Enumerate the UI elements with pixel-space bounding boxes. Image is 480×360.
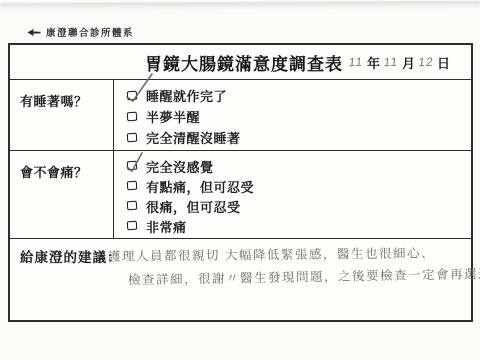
- clinic-logo-icon: [27, 28, 41, 37]
- checkbox-icon: [127, 133, 137, 143]
- form-header-row: 胃鏡大腸鏡滿意度調查表 11 年 11 月 12 日: [10, 45, 471, 80]
- clinic-brand: 康澄聯合診所體系: [27, 25, 134, 39]
- checkbox-icon: [127, 112, 137, 122]
- form-title: 胃鏡大腸鏡滿意度調查表: [145, 50, 343, 75]
- date-month-label: 月: [402, 53, 415, 72]
- scanner-edge-shadow: [0, 1, 480, 11]
- option-label: 有點痛，但可忍受: [146, 177, 254, 196]
- option-label: 非常痛: [146, 217, 187, 236]
- date-year-value: 11: [346, 55, 366, 70]
- question-row-sleep: 有睡著嗎？ 睡醒就作完了 半夢半醒 完全清醒沒睡著: [10, 80, 471, 151]
- question-label-sleep: 有睡著嗎？: [10, 80, 114, 150]
- options-pain: 完全沒感覺 有點痛，但可忍受 很痛，但可忍受 非常痛: [114, 151, 471, 238]
- checkbox-icon: [127, 221, 137, 231]
- option-row: 很痛，但可忍受: [127, 196, 471, 216]
- checkbox-checked-icon: [127, 161, 137, 171]
- option-label: 睡醒就作完了: [146, 86, 227, 105]
- option-row: 半夢半醒: [127, 107, 471, 127]
- date-day-value: 12: [416, 55, 436, 70]
- checkbox-icon: [127, 201, 137, 211]
- form-date: 11 年 11 月 12 日: [347, 53, 452, 72]
- options-sleep: 睡醒就作完了 半夢半醒 完全清醒沒睡著: [114, 80, 471, 150]
- option-row: 有點痛，但可忍受: [127, 176, 471, 196]
- option-row: 完全沒感覺: [127, 156, 471, 176]
- question-row-pain: 會不會痛？ 完全沒感覺 有點痛，但可忍受 很痛，但可忍受: [10, 151, 471, 239]
- survey-form-table: 胃鏡大腸鏡滿意度調查表 11 年 11 月 12 日 有睡著嗎？ 睡醒就作完了: [8, 43, 473, 322]
- option-label: 半夢半醒: [146, 107, 200, 126]
- suggestion-row: 給康澄的建議： 護理人員都很親切 大幅降低緊張感，醫生也很細心、 檢查詳細，很謝…: [10, 239, 471, 320]
- clinic-name: 康澄聯合診所體系: [46, 25, 134, 39]
- date-year-label: 年: [367, 53, 380, 72]
- handwritten-comment-line1: 護理人員都很親切 大幅降低緊張感，醫生也很細心、: [108, 243, 435, 264]
- option-row: 非常痛: [127, 216, 471, 236]
- checkbox-icon: [127, 181, 137, 191]
- option-row: 睡醒就作完了: [127, 86, 471, 106]
- option-row: 完全清醒沒睡著: [127, 128, 471, 148]
- suggestion-label: 給康澄的建議：: [20, 246, 122, 266]
- handwritten-comment-line2: 檢查詳細，很謝〃醫生發現問題，之後要檢查一定會再選這！: [128, 264, 480, 289]
- option-label: 完全清醒沒睡著: [146, 128, 241, 147]
- option-label: 完全沒感覺: [146, 157, 214, 176]
- checkbox-checked-icon: [127, 91, 137, 101]
- date-day-label: 日: [437, 53, 450, 72]
- option-label: 很痛，但可忍受: [146, 197, 241, 216]
- question-label-pain: 會不會痛？: [10, 151, 114, 238]
- date-month-value: 11: [381, 55, 401, 70]
